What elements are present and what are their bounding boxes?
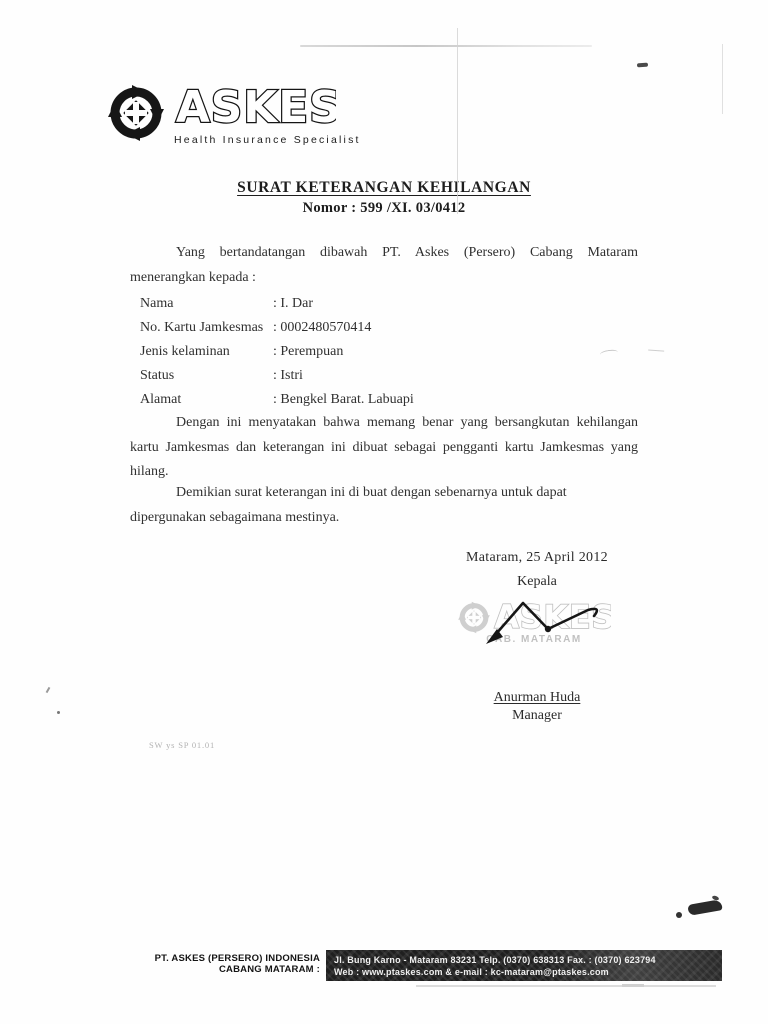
place-and-date: Mataram, 25 April 2012 — [432, 550, 642, 566]
field-row-no-kartu: No. Kartu Jamkesmas : 0002480570414 — [140, 316, 414, 340]
field-row-status: Status : Istri — [140, 364, 414, 388]
rotating-arrows-icon — [106, 82, 166, 144]
statement-paragraph: Dengan ini menyatakan bahwa memang benar… — [130, 411, 638, 485]
closing-paragraph: Demikian surat keterangan ini di buat de… — [130, 481, 635, 530]
footer-company-line2: CABANG MATARAM : — [120, 964, 320, 975]
handwritten-signature — [478, 596, 612, 648]
field-row-jenis-kelamin: Jenis kelaminan : Perempuan — [140, 340, 414, 364]
document-code: SW ys SP 01.01 — [149, 740, 215, 750]
field-row-nama: Nama : I. Dar — [140, 292, 414, 316]
askes-logo: ASKES Health Insurance Specialist — [106, 82, 361, 146]
field-label: No. Kartu Jamkesmas — [140, 316, 273, 340]
letter-title-block: SURAT KETERANGAN KEHILANGAN Nomor : 599 … — [0, 179, 768, 217]
scan-artifact-left-dot — [57, 711, 60, 714]
field-label: Alamat — [140, 388, 273, 412]
askes-wordmark-text: ASKES — [176, 82, 336, 132]
scan-artifact-left-mark — [46, 687, 51, 693]
field-value: : Perempuan — [273, 340, 343, 364]
footer-company-line1: PT. ASKES (PERSERO) INDONESIA — [120, 953, 320, 964]
footer-address-bar: Jl. Bung Karno - Mataram 83231 Telp. (03… — [326, 950, 722, 981]
field-value: : Bengkel Barat. Labuapi — [273, 388, 414, 412]
recipient-fields: Nama : I. Dar No. Kartu Jamkesmas : 0002… — [140, 292, 414, 412]
footer-company-block: PT. ASKES (PERSERO) INDONESIA CABANG MAT… — [120, 953, 320, 975]
letter-number: Nomor : 599 /XI. 03/0412 — [0, 200, 768, 217]
scan-artifact-dash — [637, 63, 648, 68]
field-value: : 0002480570414 — [273, 316, 371, 340]
scan-artifact-tilde-mark2 — [648, 349, 664, 356]
opening-paragraph: Yang bertandatangan dibawah PT. Askes (P… — [130, 241, 638, 290]
stamp-and-signature: ASKES CAB. MATARAM — [432, 596, 642, 688]
footer-address-line1: Jl. Bung Karno - Mataram 83231 Telp. (03… — [334, 954, 716, 966]
scan-artifact-bottom-dash — [622, 984, 644, 987]
signature-block: Mataram, 25 April 2012 Kepala — [432, 550, 642, 724]
scan-artifact-tilde-mark — [600, 349, 619, 358]
scan-artifact-ink-dot — [676, 912, 682, 918]
field-label: Status — [140, 364, 273, 388]
field-value: : I. Dar — [273, 292, 313, 316]
scan-artifact-ink-speck — [712, 895, 720, 901]
signatory-name: Anurman Huda — [432, 690, 642, 706]
signatory-role: Manager — [432, 708, 642, 724]
field-row-alamat: Alamat : Bengkel Barat. Labuapi — [140, 388, 414, 412]
footer-address-line2: Web : www.ptaskes.com & e-mail : kc-mata… — [334, 966, 716, 978]
logo-tagline: Health Insurance Specialist — [174, 134, 361, 146]
scan-artifact-bottom-line — [416, 985, 716, 987]
field-label: Jenis kelaminan — [140, 340, 273, 364]
field-label: Nama — [140, 292, 273, 316]
letter-title: SURAT KETERANGAN KEHILANGAN — [0, 179, 768, 197]
scan-artifact-ink-blob — [687, 899, 722, 916]
signatory-title: Kepala — [432, 574, 642, 590]
field-value: : Istri — [273, 364, 303, 388]
scan-artifact-fold-line-right — [722, 44, 723, 114]
askes-wordmark: ASKES — [174, 82, 336, 132]
scan-artifact-top-smudge — [300, 45, 592, 47]
scanned-letter-page: ASKES Health Insurance Specialist SURAT … — [0, 0, 768, 1024]
